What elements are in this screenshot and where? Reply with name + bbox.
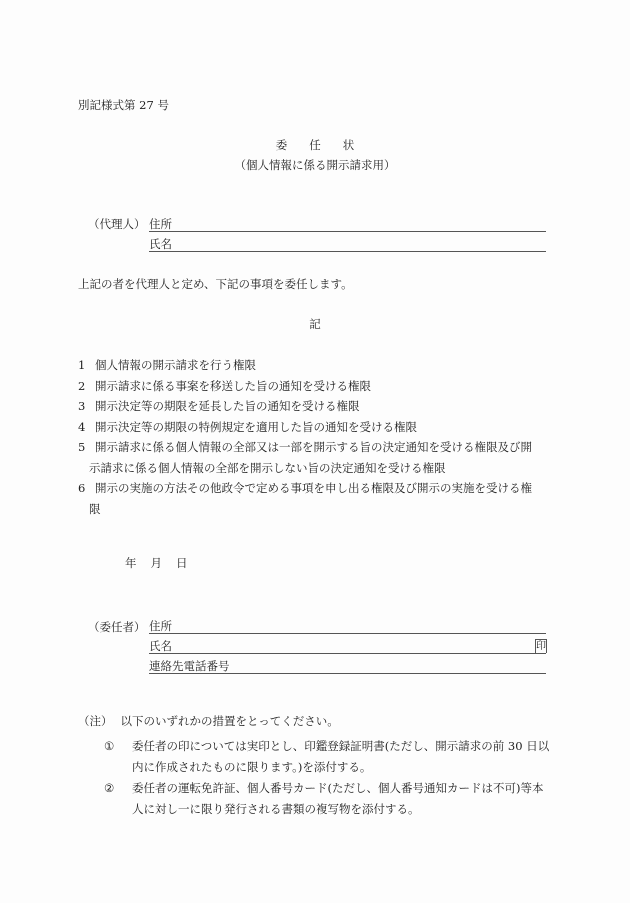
note-text-continued: 内に作成されたものに限ります。)を添付する。	[132, 757, 564, 778]
authority-item-2: 2開示請求に係る事案を移送した旨の通知を受ける権限	[78, 376, 558, 397]
agent-name-label: 氏名	[149, 239, 172, 251]
item-number: 5	[78, 437, 95, 458]
notes-heading: （注）以下のいずれかの措置をとってください。	[78, 716, 339, 728]
authority-item-6: 6開示の実施の方法その他政令で定める事項を申し出る権限及び開示の実施を受ける権限	[78, 478, 558, 519]
title-char: 任	[309, 140, 321, 152]
title-char: 状	[343, 140, 355, 152]
authority-item-4: 4開示決定等の期限の特例規定を適用した旨の通知を受ける権限	[78, 417, 558, 438]
date-day: 日	[176, 556, 188, 570]
form-number: 別記様式第 27 号	[78, 100, 169, 112]
authority-item-5: 5開示請求に係る個人情報の全部又は一部を開示する旨の決定通知を受ける権限及び開示…	[78, 437, 558, 478]
note-mark: ①	[104, 736, 132, 757]
item-text: 開示決定等の期限を延長した旨の通知を受ける権限	[95, 399, 360, 413]
delegation-statement: 上記の者を代理人と定め、下記の事項を委任します。	[78, 279, 353, 291]
authority-item-1: 1個人情報の開示請求を行う権限	[78, 355, 558, 376]
note-text-continued: 人に対し一に限り発行される書類の複写物を添付する。	[132, 799, 564, 820]
item-number: 3	[78, 396, 95, 417]
note-item-1: ①委任者の印については実印とし、印鑑登録証明書(ただし、開示請求の前 30 日以…	[104, 736, 564, 778]
note-text: 委任者の運転免許証、個人番号カード(ただし、個人番号通知カードは不可)等本	[132, 781, 543, 795]
notes-text: 以下のいずれかの措置をとってください。	[121, 714, 339, 728]
item-text-continued: 示請求に係る個人情報の全部を開示しない旨の決定通知を受ける権限	[78, 458, 558, 479]
note-text: 委任者の印については実印とし、印鑑登録証明書(ただし、開示請求の前 30 日以	[132, 739, 549, 753]
title-char: 委	[276, 140, 288, 152]
date-field[interactable]: 年月日	[125, 558, 202, 570]
item-number: 6	[78, 478, 95, 499]
item-text: 個人情報の開示請求を行う権限	[95, 358, 256, 372]
principal-address-label: 住所	[149, 621, 172, 633]
item-text: 開示請求に係る事案を移送した旨の通知を受ける権限	[95, 379, 371, 393]
authority-list: 1個人情報の開示請求を行う権限 2開示請求に係る事案を移送した旨の通知を受ける権…	[78, 355, 558, 519]
principal-phone-label: 連絡先電話番号	[149, 661, 230, 673]
principal-name-field[interactable]: 氏名 印	[149, 638, 546, 654]
seal-box: 印	[535, 639, 547, 653]
item-number: 2	[78, 376, 95, 397]
principal-label: （委任者）	[88, 622, 146, 634]
principal-address-field[interactable]: 住所	[149, 618, 546, 634]
date-month: 月	[151, 556, 163, 570]
date-year: 年	[125, 556, 137, 570]
principal-phone-field[interactable]: 連絡先電話番号	[149, 658, 546, 674]
item-text: 開示の実施の方法その他政令で定める事項を申し出る権限及び開示の実施を受ける権	[95, 481, 532, 495]
item-text-continued: 限	[78, 499, 558, 520]
document-title: 委任状	[0, 140, 630, 152]
agent-name-field[interactable]: 氏名	[149, 236, 546, 252]
agent-label: （代理人）	[88, 219, 146, 231]
agent-address-field[interactable]: 住所	[149, 216, 546, 232]
ki-heading: 記	[0, 319, 630, 331]
item-text: 開示請求に係る個人情報の全部又は一部を開示する旨の決定通知を受ける権限及び開	[95, 440, 532, 454]
item-number: 1	[78, 355, 95, 376]
item-number: 4	[78, 417, 95, 438]
agent-address-label: 住所	[149, 219, 172, 231]
note-mark: ②	[104, 778, 132, 799]
note-item-2: ②委任者の運転免許証、個人番号カード(ただし、個人番号通知カードは不可)等本 人…	[104, 778, 564, 820]
item-text: 開示決定等の期限の特例規定を適用した旨の通知を受ける権限	[95, 420, 417, 434]
principal-name-label: 氏名	[149, 641, 172, 653]
notes-label: （注）	[78, 714, 113, 728]
document-subtitle: （個人情報に係る開示請求用）	[0, 160, 630, 172]
authority-item-3: 3開示決定等の期限を延長した旨の通知を受ける権限	[78, 396, 558, 417]
